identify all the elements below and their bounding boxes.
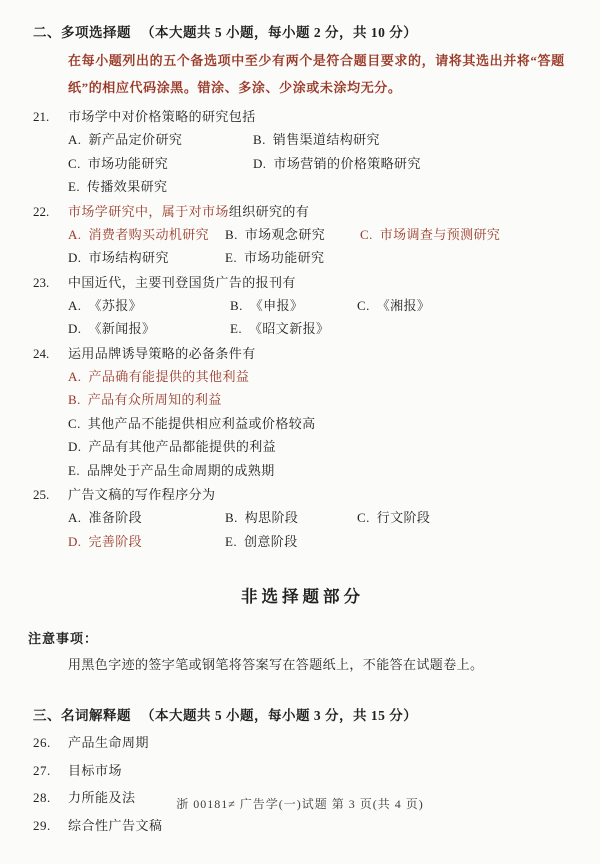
- section2-title-note: （本大题共 5 小题，每小题 2 分，共 10 分）: [141, 25, 417, 40]
- option-letter: C.: [68, 416, 81, 431]
- option-text: 新产品定价研究: [88, 132, 182, 147]
- option-letter: D.: [68, 439, 81, 454]
- option-text: 市场调查与预测研究: [380, 227, 501, 242]
- option-q22-D: D.市场结构研究: [68, 246, 225, 270]
- section3-title: 三、名词解释题: [33, 708, 131, 723]
- option-text: 《新闻报》: [88, 321, 155, 336]
- option-letter: B.: [68, 392, 81, 407]
- option-q21-B: B.销售渠道结构研究: [253, 128, 572, 152]
- option-letter: D.: [68, 250, 81, 265]
- option-letter: E.: [225, 250, 237, 265]
- option-letter: A.: [68, 227, 81, 242]
- question-options: A.准备阶段B.构思阶段C.行文阶段D.完善阶段E.创意阶段: [68, 506, 572, 553]
- question-stem: 市场学中对价格策略的研究包括: [68, 105, 572, 128]
- stem-segment: 组织研究的有: [229, 204, 309, 219]
- option-text: 构思阶段: [245, 510, 299, 525]
- stem-segment: 市场学研究中，属于对市场: [68, 204, 229, 219]
- option-letter: B.: [225, 227, 238, 242]
- terms-list: 26. 产品生命周期 27. 目标市场 28. 力所能及法 29. 综合性广告文…: [33, 733, 572, 836]
- section2-instruction: 在每小题列出的五个备选项中至少有两个是符合题目要求的，请将其选出并将“答题纸”的…: [68, 47, 572, 101]
- option-text: 市场功能研究: [88, 156, 168, 171]
- option-text: 品牌处于产品生命周期的成熟期: [87, 463, 275, 478]
- term-number: 26.: [33, 733, 68, 753]
- option-q25-E: E.创意阶段: [225, 530, 357, 554]
- option-q23-C: C.《湘报》: [357, 294, 572, 318]
- option-q22-C: C.市场调查与预测研究: [360, 223, 572, 247]
- option-text: 行文阶段: [377, 510, 431, 525]
- option-q22-B: B.市场观念研究: [225, 223, 360, 247]
- stem-segment: 中国近代，主要刊登国货广告的报刊有: [68, 275, 296, 290]
- question-number: 25.: [33, 483, 68, 506]
- option-letter: B.: [225, 510, 238, 525]
- option-letter: D.: [253, 156, 266, 171]
- option-letter: D.: [68, 321, 81, 336]
- option-text: 产品有其他产品都能提供的利益: [88, 439, 276, 454]
- question-options: A.《苏报》B.《申报》C.《湘报》D.《新闻报》E.《昭文新报》: [68, 294, 572, 341]
- term-text: 产品生命周期: [68, 733, 149, 753]
- exam-page: 二、多项选择题（本大题共 5 小题，每小题 2 分，共 10 分） 在每小题列出…: [0, 0, 600, 864]
- option-text: 消费者购买动机研究: [88, 227, 209, 242]
- option-text: 准备阶段: [88, 510, 142, 525]
- option-letter: E.: [230, 321, 242, 336]
- option-q21-D: D.市场营销的价格策略研究: [253, 152, 572, 176]
- section3-title-note: （本大题共 5 小题，每小题 3 分，共 15 分）: [141, 708, 417, 723]
- option-q21-C: C.市场功能研究: [68, 152, 253, 176]
- option-text: 销售渠道结构研究: [273, 132, 380, 147]
- option-text: 《湘报》: [377, 298, 431, 313]
- option-letter: C.: [357, 298, 370, 313]
- option-q24-E: E.品牌处于产品生命周期的成熟期: [68, 459, 572, 483]
- option-q23-A: A.《苏报》: [68, 294, 230, 318]
- option-q25-D: D.完善阶段: [68, 530, 225, 554]
- option-letter: A.: [68, 369, 81, 384]
- option-letter: E.: [68, 179, 80, 194]
- option-q24-C: C.其他产品不能提供相应利益或价格较高: [68, 412, 572, 436]
- option-q23-B: B.《申报》: [230, 294, 357, 318]
- question-number: 23.: [33, 271, 68, 294]
- section2-header: 二、多项选择题（本大题共 5 小题，每小题 2 分，共 10 分）: [33, 20, 572, 46]
- term-number: 29.: [33, 816, 68, 836]
- question: 25. 广告文稿的写作程序分为 A.准备阶段B.构思阶段C.行文阶段D.完善阶段…: [33, 483, 572, 553]
- option-q21-A: A.新产品定价研究: [68, 128, 253, 152]
- question-stem: 广告文稿的写作程序分为: [68, 483, 572, 506]
- term-item: 26. 产品生命周期: [33, 733, 572, 753]
- questions-list: 21. 市场学中对价格策略的研究包括 A.新产品定价研究B.销售渠道结构研究C.…: [33, 105, 572, 553]
- option-q23-D: D.《新闻报》: [68, 317, 230, 341]
- page-footer: 浙 00181≠ 广告学(一)试题 第 3 页(共 4 页): [0, 795, 600, 812]
- option-letter: A.: [68, 132, 81, 147]
- option-letter: E.: [68, 463, 80, 478]
- option-text: 其他产品不能提供相应利益或价格较高: [88, 416, 316, 431]
- term-item: 27. 目标市场: [33, 761, 572, 781]
- stem-segment: 运用品牌诱导策略的必备条件有: [68, 346, 256, 361]
- option-letter: A.: [68, 510, 81, 525]
- option-letter: C.: [357, 510, 370, 525]
- option-q24-A: A.产品确有能提供的其他利益: [68, 365, 572, 389]
- option-q21-E: E.传播效果研究: [68, 175, 253, 199]
- option-letter: B.: [253, 132, 266, 147]
- option-q25-A: A.准备阶段: [68, 506, 225, 530]
- notes-body: 用黑色字迹的签字笔或钢笔将答案写在答题纸上，不能答在试题卷上。: [68, 653, 572, 677]
- question-options: A.消费者购买动机研究B.市场观念研究C.市场调查与预测研究D.市场结构研究E.…: [68, 223, 572, 270]
- term-text: 目标市场: [68, 761, 122, 781]
- option-text: 市场结构研究: [88, 250, 168, 265]
- option-letter: A.: [68, 298, 81, 313]
- question: 22. 市场学研究中，属于对市场组织研究的有 A.消费者购买动机研究B.市场观念…: [33, 200, 572, 270]
- option-q22-A: A.消费者购买动机研究: [68, 223, 225, 247]
- non-choice-heading: 非选择题部分: [33, 583, 572, 607]
- section2-title: 二、多项选择题: [33, 25, 131, 40]
- option-text: 市场营销的价格策略研究: [273, 156, 420, 171]
- question: 23. 中国近代，主要刊登国货广告的报刊有 A.《苏报》B.《申报》C.《湘报》…: [33, 271, 572, 341]
- question-options: A.产品确有能提供的其他利益B.产品有众所周知的利益C.其他产品不能提供相应利益…: [68, 365, 572, 483]
- term-text: 综合性广告文稿: [68, 816, 163, 836]
- option-letter: C.: [360, 227, 373, 242]
- question-number: 24.: [33, 342, 68, 365]
- question-options: A.新产品定价研究B.销售渠道结构研究C.市场功能研究D.市场营销的价格策略研究…: [68, 128, 572, 199]
- option-letter: E.: [225, 534, 237, 549]
- question: 24. 运用品牌诱导策略的必备条件有 A.产品确有能提供的其他利益B.产品有众所…: [33, 342, 572, 483]
- option-text: 市场观念研究: [245, 227, 325, 242]
- option-q25-C: C.行文阶段: [357, 506, 572, 530]
- option-q22-E: E.市场功能研究: [225, 246, 360, 270]
- question-stem: 市场学研究中，属于对市场组织研究的有: [68, 200, 572, 223]
- question-number: 21.: [33, 105, 68, 128]
- option-q24-D: D.产品有其他产品都能提供的利益: [68, 435, 572, 459]
- question: 21. 市场学中对价格策略的研究包括 A.新产品定价研究B.销售渠道结构研究C.…: [33, 105, 572, 199]
- option-text: 市场功能研究: [244, 250, 324, 265]
- option-q25-B: B.构思阶段: [225, 506, 357, 530]
- option-q24-B: B.产品有众所周知的利益: [68, 388, 572, 412]
- option-letter: B.: [230, 298, 243, 313]
- option-text: 《申报》: [250, 298, 304, 313]
- option-q23-E: E.《昭文新报》: [230, 317, 357, 341]
- stem-segment: 广告文稿的写作程序分为: [68, 487, 215, 502]
- notes-title: 注意事项：: [28, 627, 572, 651]
- stem-segment: 市场学中对价格策略的研究包括: [68, 109, 256, 124]
- option-text: 传播效果研究: [87, 179, 167, 194]
- question-number: 22.: [33, 200, 68, 223]
- option-text: 《昭文新报》: [249, 321, 329, 336]
- option-letter: D.: [68, 534, 81, 549]
- term-item: 29. 综合性广告文稿: [33, 816, 572, 836]
- option-text: 完善阶段: [88, 534, 142, 549]
- option-text: 产品有众所周知的利益: [88, 392, 222, 407]
- section3-header: 三、名词解释题（本大题共 5 小题，每小题 3 分，共 15 分）: [33, 703, 572, 729]
- question-stem: 运用品牌诱导策略的必备条件有: [68, 342, 572, 365]
- option-text: 创意阶段: [244, 534, 298, 549]
- option-text: 产品确有能提供的其他利益: [88, 369, 249, 384]
- question-stem: 中国近代，主要刊登国货广告的报刊有: [68, 271, 572, 294]
- option-letter: C.: [68, 156, 81, 171]
- term-number: 27.: [33, 761, 68, 781]
- option-text: 《苏报》: [88, 298, 142, 313]
